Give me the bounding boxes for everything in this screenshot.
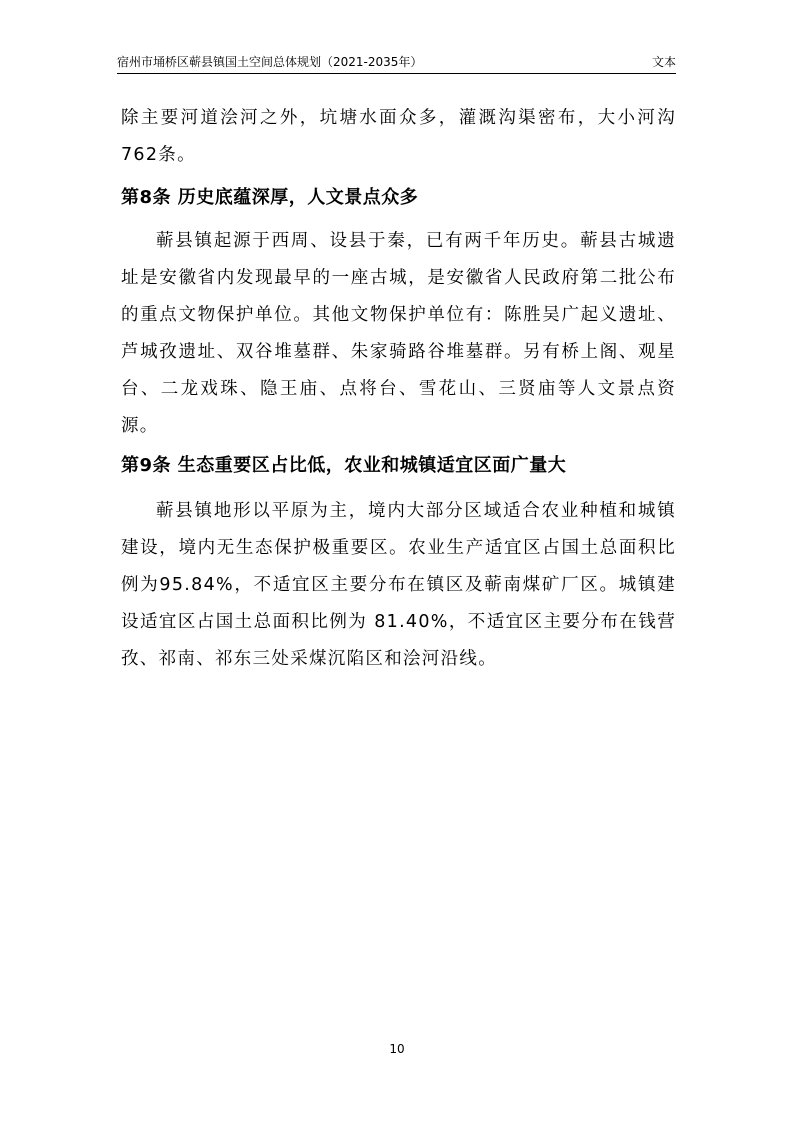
page-header: 宿州市埇桥区蕲县镇国土空间总体规划（2021-2035年） 文本 <box>117 52 676 74</box>
document-type-label: 文本 <box>652 54 676 70</box>
paragraph-continuation: 除主要河道浍河之外，坑塘水面众多，灌溉沟渠密布，大小河沟762条。 <box>121 100 676 174</box>
page-content: 除主要河道浍河之外，坑塘水面众多，灌溉沟渠密布，大小河沟762条。 第8条 历史… <box>121 100 676 678</box>
document-title: 宿州市埇桥区蕲县镇国土空间总体规划（2021-2035年） <box>117 54 422 70</box>
page-number: 10 <box>0 1042 794 1056</box>
section-heading-article-9: 第9条 生态重要区占比低，农业和城镇适宜区面广量大 <box>121 453 676 479</box>
section-body-article-8: 蕲县镇起源于西周、设县于秦，已有两千年历史。蕲县古城遗址是安徽省内发现最早的一座… <box>121 223 676 445</box>
section-body-article-9: 蕲县镇地形以平原为主，境内大部分区域适合农业种植和城镇建设，境内无生态保护极重要… <box>121 493 676 678</box>
section-heading-article-8: 第8条 历史底蕴深厚，人文景点众多 <box>121 185 676 211</box>
